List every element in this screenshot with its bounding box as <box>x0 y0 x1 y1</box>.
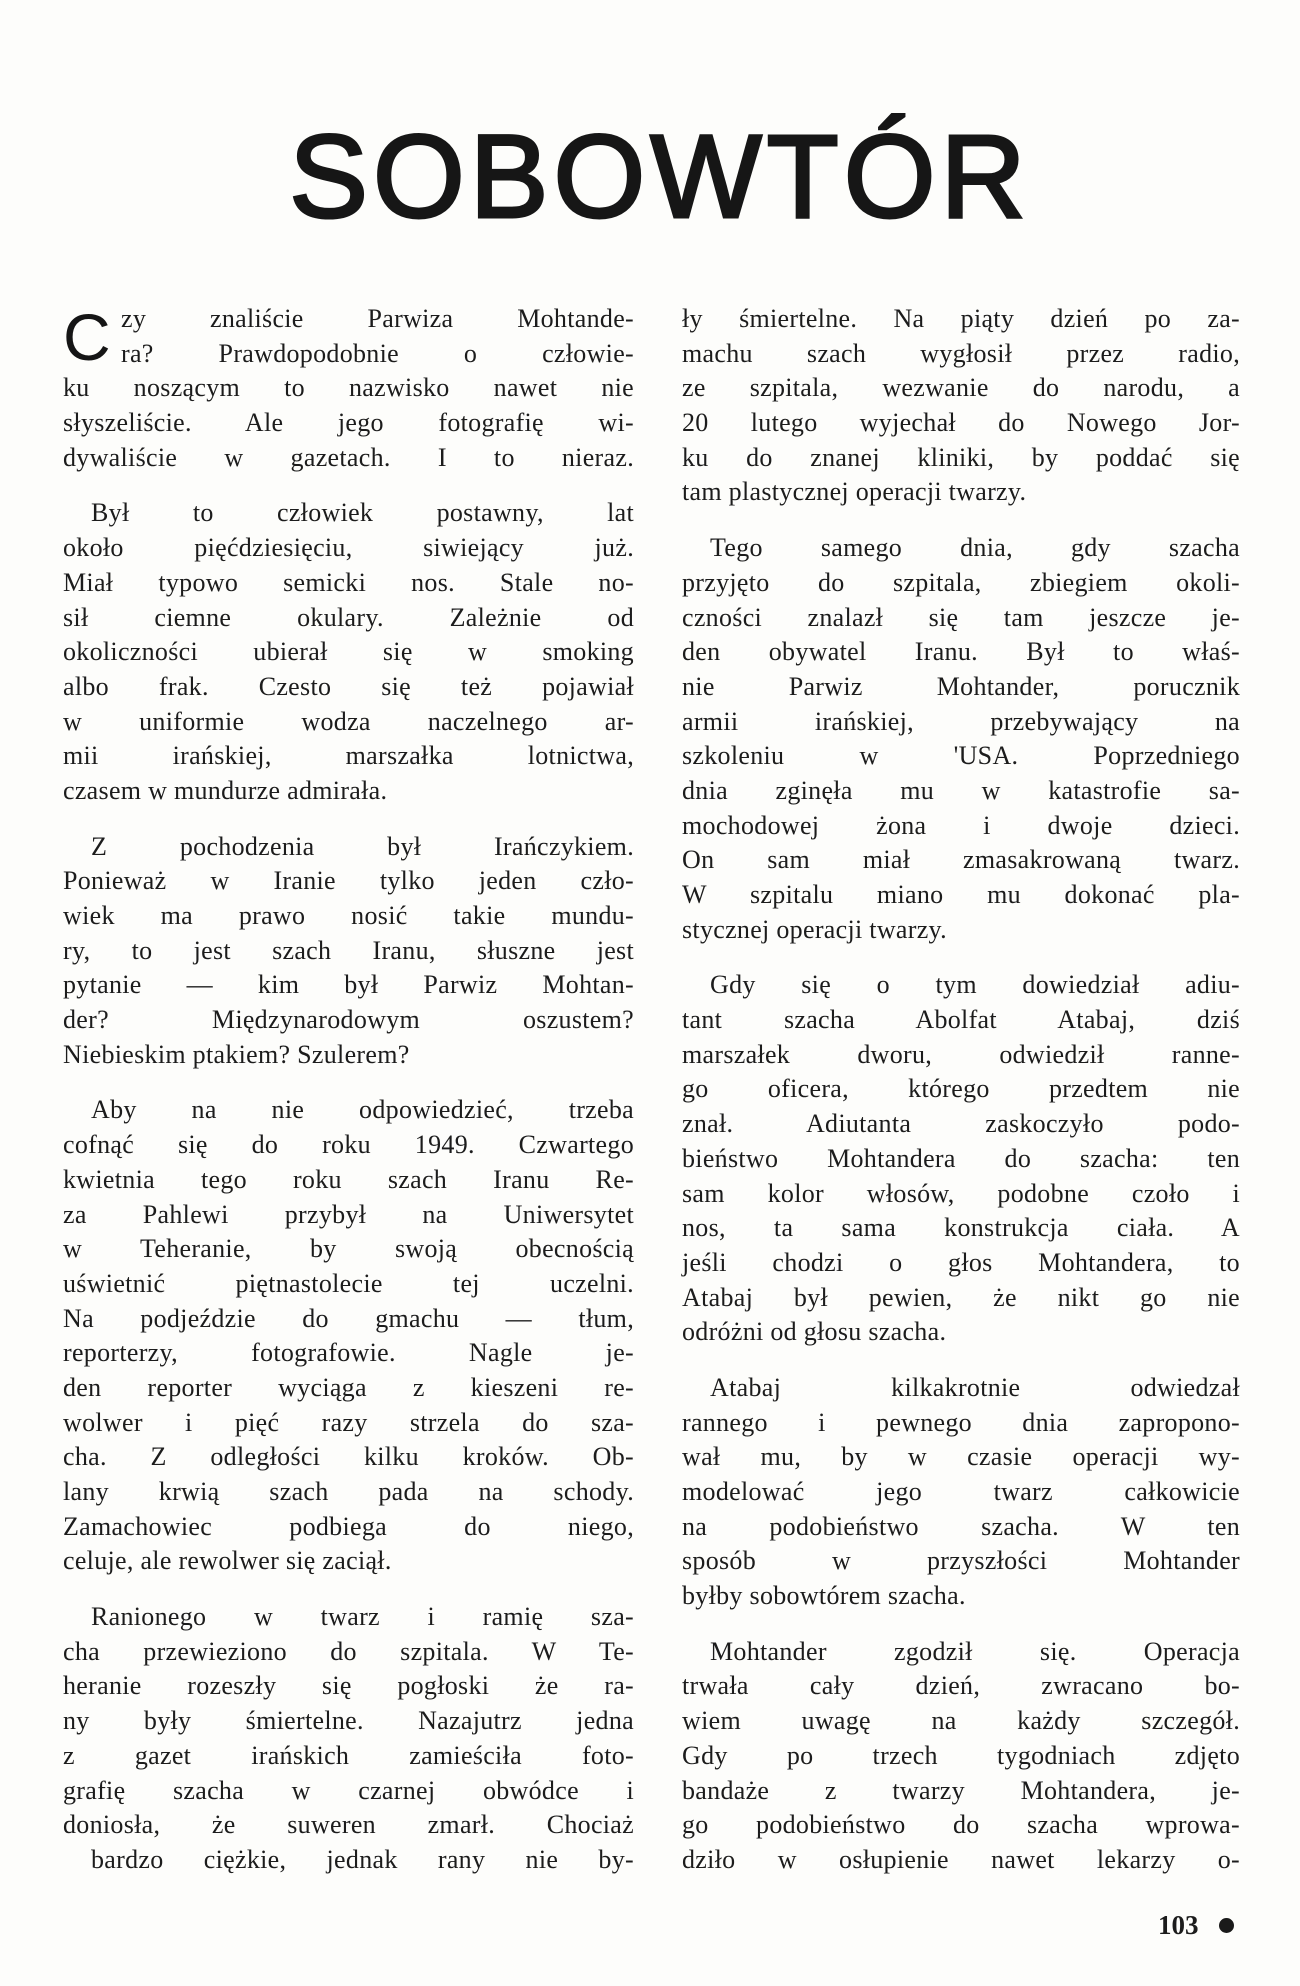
text-line: sił ciemne okulary. Zależnie od <box>63 601 634 636</box>
text-line: Ponieważ w Iranie tylko jeden czło- <box>63 864 634 899</box>
page-number: 103 <box>1158 1910 1199 1941</box>
text-line: Miał typowo semicki nos. Stale no- <box>63 566 634 601</box>
text-line: trwała cały dzień, zwracano bo- <box>682 1669 1240 1704</box>
text-line: machu szach wygłosił przez radio, <box>682 337 1240 372</box>
text-line: den reporter wyciąga z kieszeni re- <box>63 1371 634 1406</box>
left-column: C zy znaliście Parwiza Mohtande- ra? Pra… <box>63 302 634 1899</box>
text-line: Zamachowiec podbiega do niego, <box>63 1510 634 1545</box>
text-line: mii irańskiej, marszałka lotnictwa, <box>63 739 634 774</box>
paragraph: Był to człowiek postawny, lat około pięć… <box>63 496 634 808</box>
text-line: kwietnia tego roku szach Iranu Re- <box>63 1163 634 1198</box>
text-line: cofnąć się do roku 1949. Czwartego <box>63 1128 634 1163</box>
text-line: nie Parwiz Mohtander, porucznik <box>682 670 1240 705</box>
text-line: doniosła, że suweren zmarł. Chociaż <box>63 1808 634 1843</box>
text-line: armii irańskiej, przebywający na <box>682 705 1240 740</box>
text-line: mochodowej żona i dwoje dzieci. <box>682 809 1240 844</box>
text-line: Gdy po trzech tygodniach zdjęto <box>682 1739 1240 1774</box>
text-line: go podobieństwo do szacha wprowa- <box>682 1808 1240 1843</box>
text-line: w Teheranie, by swoją obecnością <box>63 1232 634 1267</box>
text-line: stycznej operacji twarzy. <box>682 913 1240 948</box>
paragraph: Gdy się o tym dowiedział adiu- tant szac… <box>682 968 1240 1350</box>
text-line: cha przewieziono do szpitala. W Te- <box>63 1635 634 1670</box>
text-line: der? Międzynarodowym oszustem? <box>63 1003 634 1038</box>
text-line: sam kolor włosów, podobne czoło i <box>682 1177 1240 1212</box>
text-line: Ranionego w twarz i ramię sza- <box>63 1600 634 1635</box>
text-line: rannego i pewnego dnia zapropono- <box>682 1406 1240 1441</box>
text-line: czasem w mundurze admirała. <box>63 774 634 809</box>
text-line: sposób w przyszłości Mohtander <box>682 1544 1240 1579</box>
paragraph: ły śmiertelne. Na piąty dzień po za- mac… <box>682 302 1240 510</box>
text-line: na podobieństwo szacha. W ten <box>682 1510 1240 1545</box>
text-line: ku do znanej kliniki, by poddać się <box>682 441 1240 476</box>
text-line: modelować jego twarz całkowicie <box>682 1475 1240 1510</box>
bullet-dot-icon <box>1219 1918 1234 1933</box>
text-line: Niebieskim ptakiem? Szulerem? <box>63 1038 634 1073</box>
text-line: przyjęto do szpitala, zbiegiem okoli- <box>682 566 1240 601</box>
paragraph: Ranionego w twarz i ramię sza- cha przew… <box>63 1600 634 1878</box>
paragraph: zy znaliście Parwiza Mohtande- ra? Prawd… <box>63 302 634 475</box>
text-line: tant szacha Abolfat Atabaj, dziś <box>682 1003 1240 1038</box>
text-line: go oficera, którego przedtem nie <box>682 1072 1240 1107</box>
text-line: Był to człowiek postawny, lat <box>63 496 634 531</box>
text-line: Tego samego dnia, gdy szacha <box>682 531 1240 566</box>
text-line: wiek ma prawo nosić takie mundu- <box>63 899 634 934</box>
text-line: cha. Z odległości kilku kroków. Ob- <box>63 1440 634 1475</box>
text-line: ny były śmiertelne. Nazajutrz jedna <box>63 1704 634 1739</box>
text-line: Z pochodzenia był Irańczykiem. <box>63 830 634 865</box>
text-line: odróżni od głosu szacha. <box>682 1315 1240 1350</box>
paragraph: Mohtander zgodził się. Operacja trwała c… <box>682 1635 1240 1878</box>
text-line: 20 lutego wyjechał do Nowego Jor- <box>682 406 1240 441</box>
text-line: dywaliście w gazetach. I to nieraz. <box>63 441 634 476</box>
text-line: lany krwią szach pada na schody. <box>63 1475 634 1510</box>
text-line: ze szpitala, wezwanie do narodu, a <box>682 371 1240 406</box>
text-line: w uniformie wodza naczelnego ar- <box>63 705 634 740</box>
text-line: On sam miał zmasakrowaną twarz. <box>682 843 1240 878</box>
text-line: bandaże z twarzy Mohtandera, je- <box>682 1774 1240 1809</box>
text-line: reporterzy, fotografowie. Nagle je- <box>63 1336 634 1371</box>
text-line: bieństwo Mohtandera do szacha: ten <box>682 1142 1240 1177</box>
text-line: Atabaj kilkakrotnie odwiedzał <box>682 1371 1240 1406</box>
text-line: marszałek dworu, odwiedził ranne- <box>682 1038 1240 1073</box>
text-line: Mohtander zgodził się. Operacja <box>682 1635 1240 1670</box>
text-line: W szpitalu miano mu dokonać pla- <box>682 878 1240 913</box>
text-line: Na podjeździe do gmachu — tłum, <box>63 1302 634 1337</box>
paragraph: Z pochodzenia był Irańczykiem. Ponieważ … <box>63 830 634 1073</box>
text-line: z gazet irańskich zamieściła foto- <box>63 1739 634 1774</box>
text-line: wał mu, by w czasie operacji wy- <box>682 1440 1240 1475</box>
text-line: Aby na nie odpowiedzieć, trzeba <box>63 1093 634 1128</box>
text-line: jeśli chodzi o głos Mohtandera, to <box>682 1246 1240 1281</box>
text-line: szkoleniu w 'USA. Poprzedniego <box>682 739 1240 774</box>
text-line: byłby sobowtórem szacha. <box>682 1579 1240 1614</box>
paragraph: Aby na nie odpowiedzieć, trzeba cofnąć s… <box>63 1093 634 1579</box>
text-line: zy znaliście Parwiza Mohtande- <box>63 302 634 337</box>
text-line: heranie rozeszły się pogłoski że ra- <box>63 1669 634 1704</box>
text-line: wolwer i pięć razy strzela do sza- <box>63 1406 634 1441</box>
text-line: Atabaj był pewien, że nikt go nie <box>682 1281 1240 1316</box>
drop-cap: C <box>63 308 111 366</box>
right-column: ły śmiertelne. Na piąty dzień po za- mac… <box>682 302 1240 1899</box>
text-line: tam plastycznej operacji twarzy. <box>682 475 1240 510</box>
text-line: ły śmiertelne. Na piąty dzień po za- <box>682 302 1240 337</box>
text-line: bardzo ciężkie, jednak rany nie by- <box>63 1843 634 1878</box>
text-line: słyszeliście. Ale jego fotografię wi- <box>63 406 634 441</box>
paragraph: Atabaj kilkakrotnie odwiedzał rannego i … <box>682 1371 1240 1614</box>
text-line: ra? Prawdopodobnie o człowie- <box>63 337 634 372</box>
text-line: nos, ta sama konstrukcja ciała. A <box>682 1211 1240 1246</box>
text-line: Gdy się o tym dowiedział adiu- <box>682 968 1240 1003</box>
text-line: pytanie — kim był Parwiz Mohtan- <box>63 968 634 1003</box>
text-line: dnia zginęła mu w katastrofie sa- <box>682 774 1240 809</box>
text-line: około pięćdziesięciu, siwiejący już. <box>63 531 634 566</box>
text-line: den obywatel Iranu. Był to właś- <box>682 635 1240 670</box>
article-title: SOBOWTÓR <box>190 107 1130 247</box>
text-line: ku noszącym to nazwisko nawet nie <box>63 371 634 406</box>
text-line: czności znalazł się tam jeszcze je- <box>682 601 1240 636</box>
text-line: za Pahlewi przybył na Uniwersytet <box>63 1198 634 1233</box>
text-line: celuje, ale rewolwer się zaciął. <box>63 1544 634 1579</box>
text-line: grafię szacha w czarnej obwódce i <box>63 1774 634 1809</box>
text-line: znał. Adiutanta zaskoczyło podo- <box>682 1107 1240 1142</box>
text-line: okoliczności ubierał się w smoking <box>63 635 634 670</box>
text-line: uświetnić piętnastolecie tej uczelni. <box>63 1267 634 1302</box>
text-line: wiem uwagę na każdy szczegół. <box>682 1704 1240 1739</box>
text-line: ry, to jest szach Iranu, słuszne jest <box>63 934 634 969</box>
text-line: albo frak. Czesto się też pojawiał <box>63 670 634 705</box>
text-line: dziło w osłupienie nawet lekarzy o- <box>682 1843 1240 1878</box>
paragraph: Tego samego dnia, gdy szacha przyjęto do… <box>682 531 1240 947</box>
